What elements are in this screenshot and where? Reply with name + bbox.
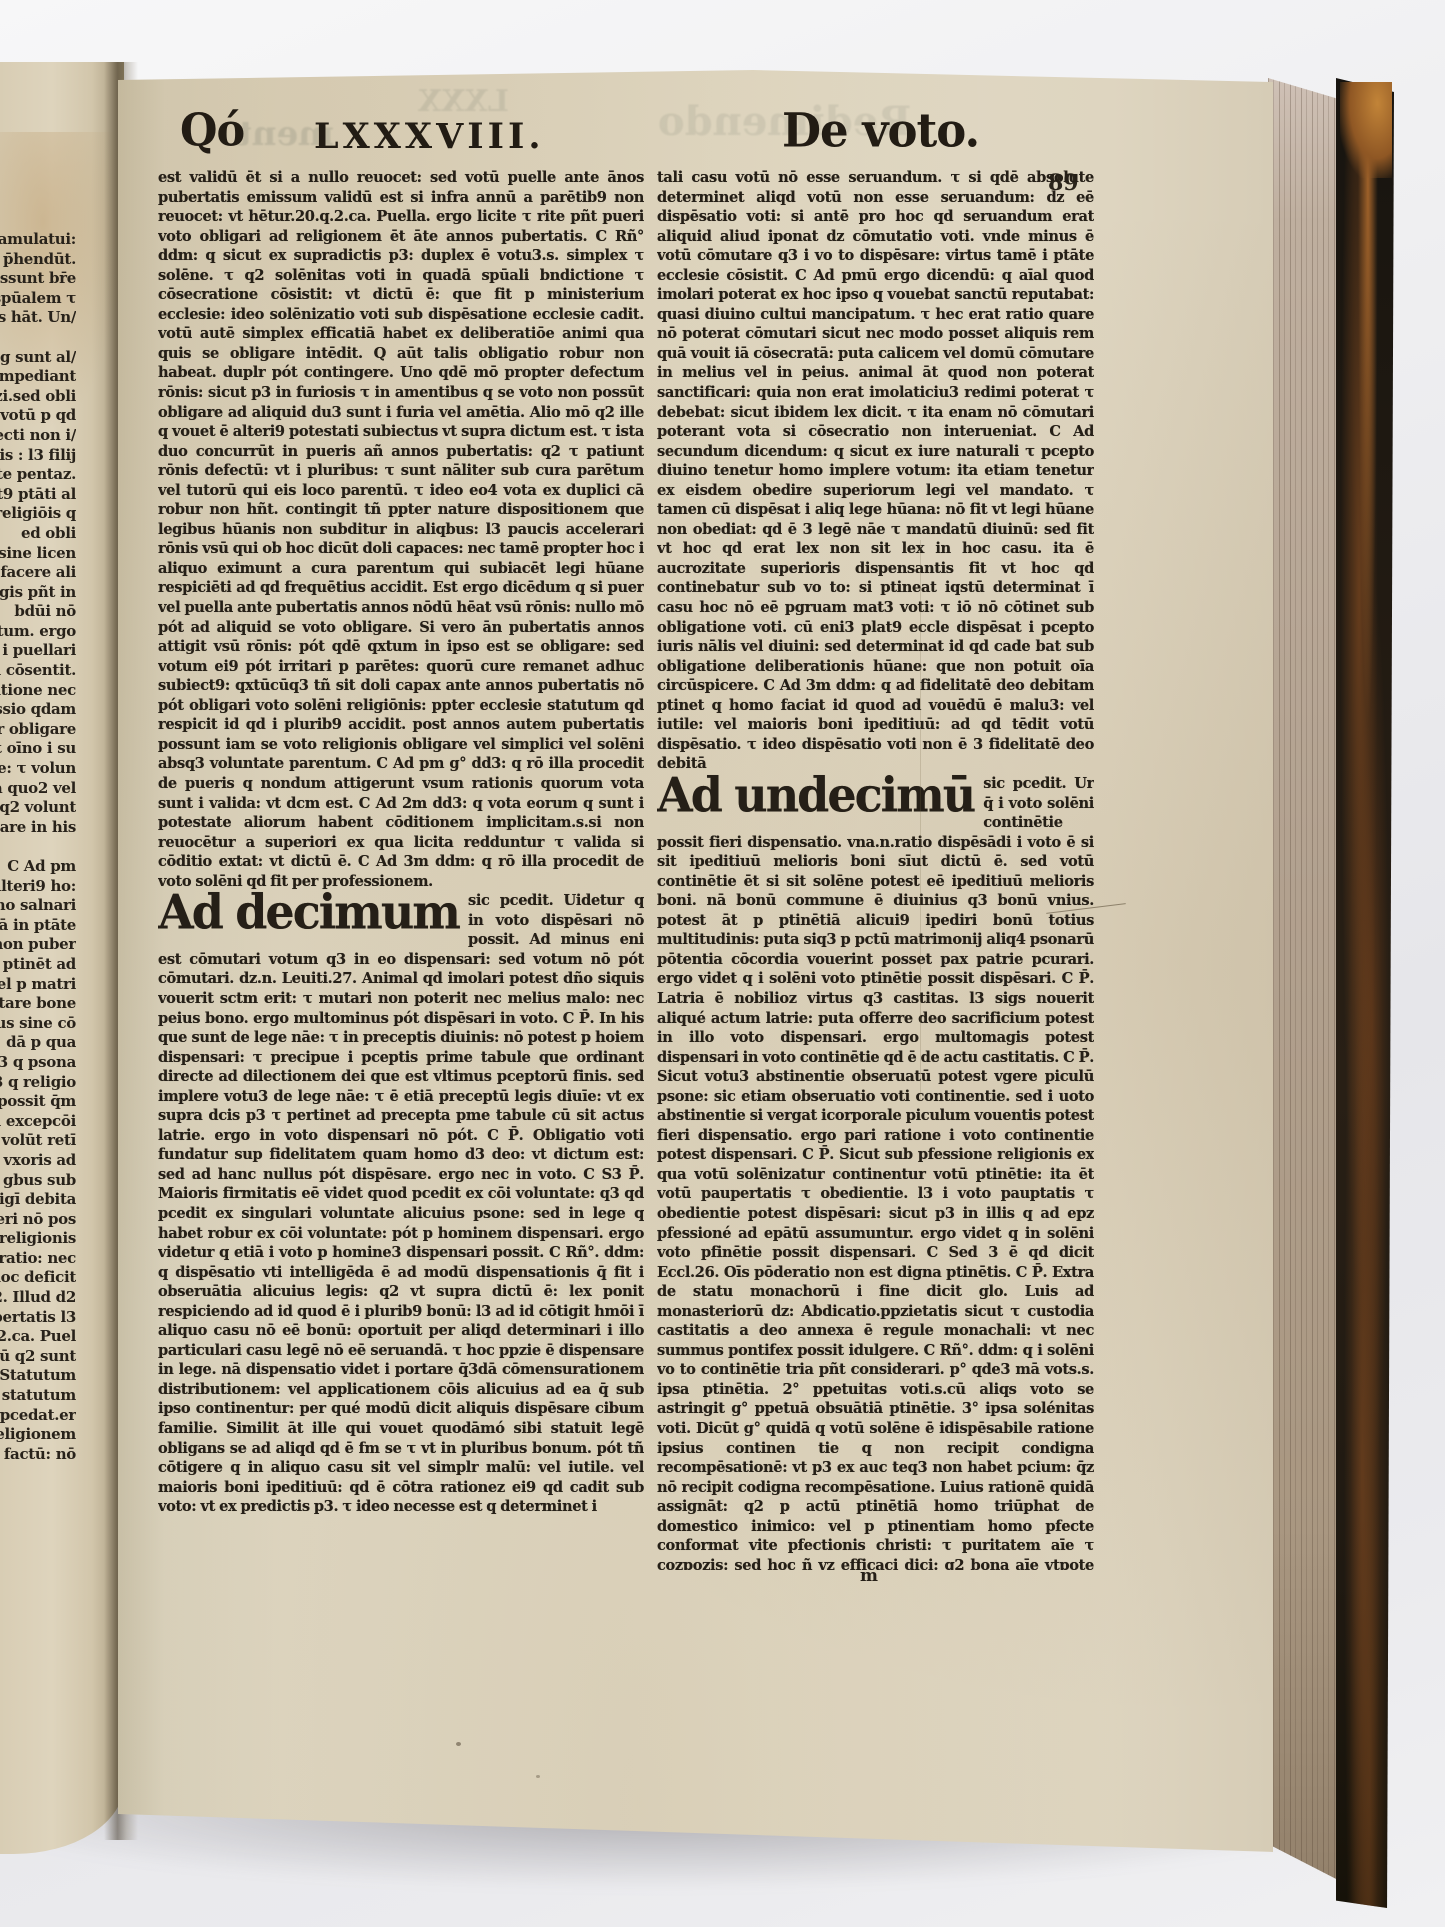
sliver-text-line: 2. Illud d2 <box>0 1288 76 1308</box>
sliver-text-line: C Ad pm <box>0 857 76 877</box>
sliver-text-line: non puber <box>0 935 76 955</box>
text-paragraph: Ad undecimūsic pcedit. Ur q̄ i voto solē… <box>657 774 1094 1570</box>
sliver-text-line: possunt br̄e <box>0 269 76 289</box>
sliver-text-line: pzis : l3 filij <box>0 446 76 466</box>
sliver-text-line: dentare bone <box>0 994 76 1014</box>
sliver-text-line: iā in ptāte <box>0 916 76 936</box>
binding-worn-corner <box>1340 82 1392 178</box>
text-column-left: est validū ēt si a nullo reuocet: sed vo… <box>158 168 644 1570</box>
paper-chain-line <box>920 540 921 1100</box>
sliver-text-line: volūt retī <box>0 1131 76 1151</box>
header-question-number: LXXXVIII. <box>314 116 545 157</box>
sliver-text-line: dd3 q religio <box>0 1073 76 1093</box>
sliver-text-line: vt facere ali <box>0 563 76 583</box>
sliver-text-line: ratione nec <box>0 681 76 701</box>
text-block: est validū ēt si a nullo reuocet: sed vo… <box>158 168 1110 1570</box>
sliver-text-line: led hoc deficit <box>0 1268 76 1288</box>
sliver-text-line: e possit q̄m <box>0 1092 76 1112</box>
sliver-text-line: nō3 q psona <box>0 1053 76 1073</box>
sliver-text-line: iozi.sed obli <box>0 387 76 407</box>
sliver-text-line: impediant <box>0 367 76 387</box>
sliver-text-line: pubertatis l3 <box>0 1308 76 1328</box>
sliver-text-line: 2.q.2.ca. Puel <box>0 1327 76 1347</box>
sliver-text-line: famulatui: <box>0 230 76 250</box>
sliver-text-line: gare in his <box>0 818 76 838</box>
sliver-text-line: ne vxoris ad <box>0 1151 76 1171</box>
ink-speck <box>456 1742 461 1746</box>
sliver-text-line: tate pentaz. <box>0 465 76 485</box>
sliver-text-line: magis pñt in <box>0 583 76 603</box>
sliver-text-line: et oīno i su <box>0 739 76 759</box>
sliver-text-line: iter obligare <box>0 720 76 740</box>
sliver-text-line <box>0 328 76 348</box>
signature-mark: m <box>860 1566 878 1586</box>
ink-speck <box>536 1775 540 1778</box>
sliver-text-line: bdūi nō <box>0 602 76 622</box>
sliver-text-line: la quo2 vel <box>0 779 76 799</box>
sliver-text-line: iect9 ptāti al <box>0 485 76 505</box>
sliver-text-line: dīno salnari <box>0 896 76 916</box>
page-block-fore-edge <box>1268 76 1342 1892</box>
section-heading: Ad undecimū <box>657 774 983 816</box>
sliver-text-line: ratus sine cō <box>0 1014 76 1034</box>
sliver-text-line: ia cōsentit. <box>0 661 76 681</box>
sliver-text-line: biecti non i/ <box>0 426 76 446</box>
sliver-text-line: i puellari <box>0 641 76 661</box>
sliver-text-line: e q2 volunt <box>0 798 76 818</box>
facing-page-text-fragments: famulatui:p̄hendūt.possunt br̄espūalem τ… <box>0 230 76 1464</box>
text-column-right: tali casu votū nō esse seruandum. τ si q… <box>657 168 1094 1570</box>
sliver-text-line: bie: τ volun <box>0 759 76 779</box>
sliver-text-line: oti pcedat.er <box>0 1406 76 1426</box>
sliver-text-line: missio qdam <box>0 700 76 720</box>
sliver-text-line: sine licen <box>0 544 76 564</box>
showthrough-ghost-text: LXXX <box>418 84 509 119</box>
sliver-text-line: q ptinēt ad <box>0 955 76 975</box>
sliver-text-line: fm statutum <box>0 1386 76 1406</box>
sliver-text-line: ē alteri9 ho: <box>0 877 76 897</box>
section-heading: Ad decimum <box>158 892 468 934</box>
text-paragraph: tali casu votū nō esse seruandum. τ si q… <box>657 168 1094 774</box>
sliver-text-line: pueri nō pos <box>0 1210 76 1230</box>
header-question-label: Qó <box>180 105 244 157</box>
sliver-text-line: a q Statutum <box>0 1366 76 1386</box>
sliver-text-line: is hāt. Un/ <box>0 308 76 328</box>
sliver-text-line: bitum. ergo <box>0 622 76 642</box>
recto-page: ment LXXX Redimendo Qó LXXXVIII. De voto… <box>118 70 1273 1856</box>
sliver-text-line: votū p qd <box>0 406 76 426</box>
sliver-text-line: liberatio: nec <box>0 1249 76 1269</box>
sliver-text-line: te religiōis q <box>0 504 76 524</box>
sliver-text-line: spūalem τ <box>0 289 76 309</box>
text-paragraph: Ad decimumsic pcedit. Uidetur q in voto … <box>158 891 644 1517</box>
sliver-text-line: ad excepcōi <box>0 1112 76 1132</box>
sliver-text-line: rite factū: nō <box>0 1445 76 1465</box>
sliver-text-line: ed obli <box>0 524 76 544</box>
leather-binding <box>1336 78 1394 1908</box>
sliver-text-line: d religionem <box>0 1425 76 1445</box>
sliver-text-line: vel p matri <box>0 975 76 995</box>
sliver-text-line: s q2 gbus sub <box>0 1171 76 1191</box>
sliver-text-line: illi g sunt al/ <box>0 348 76 368</box>
sliver-text-line: itelligī debita <box>0 1190 76 1210</box>
sliver-text-line: nazū q2 sunt <box>0 1347 76 1367</box>
sliver-text-line <box>0 837 76 857</box>
header-running-title: De voto. <box>782 103 979 158</box>
sliver-text-line: p̄hendūt. <box>0 250 76 270</box>
text-paragraph: est validū ēt si a nullo reuocet: sed vo… <box>158 168 644 891</box>
sliver-text-line: dā p qua <box>0 1033 76 1053</box>
sliver-text-line: ad religionis <box>0 1229 76 1249</box>
